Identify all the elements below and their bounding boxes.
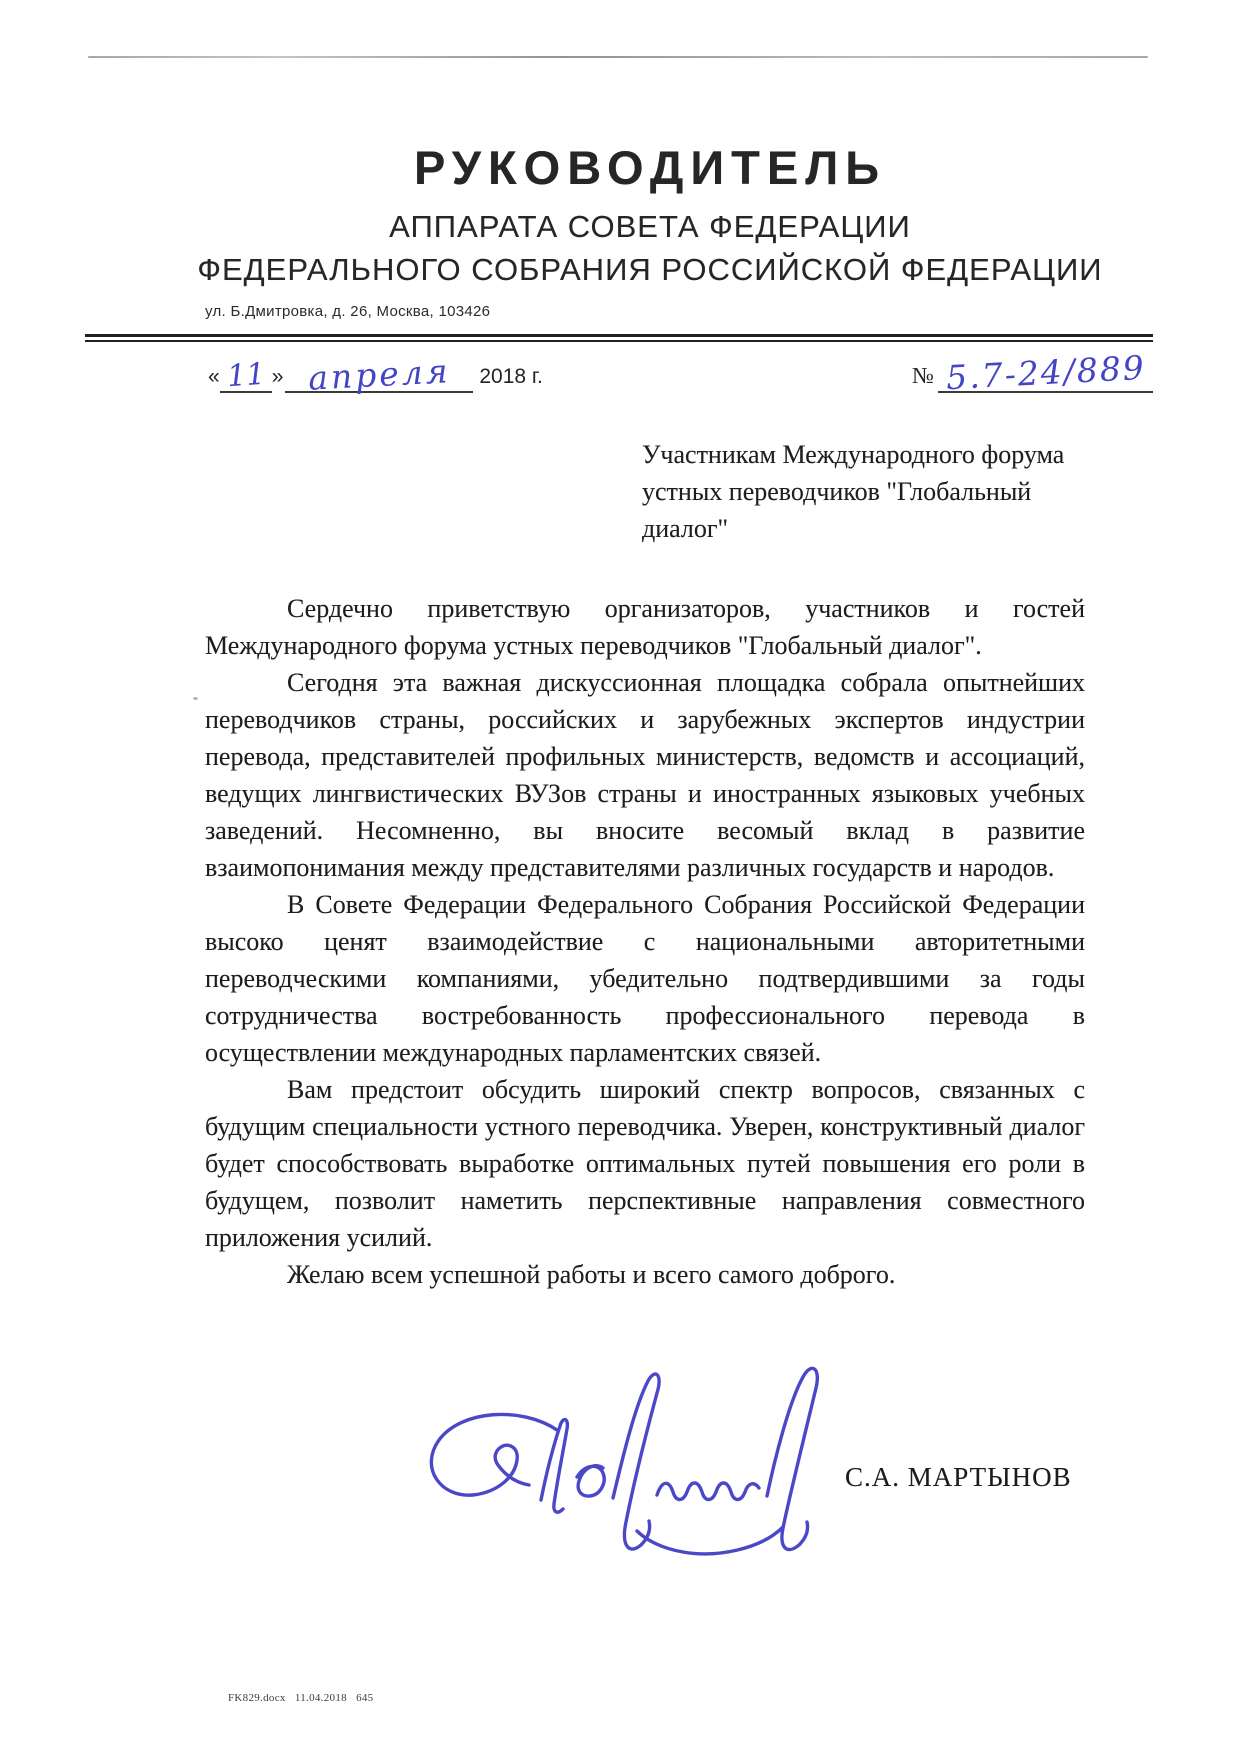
body-paragraph: Сердечно приветствую организаторов, учас… [205,590,1085,664]
number-value-handwritten: 5.7-24/889 [945,348,1147,397]
page-title: РУКОВОДИТЕЛЬ [160,142,1140,194]
date-month-blank: апреля [285,352,473,393]
footer-note: FK829.docx 11.04.2018 645 [228,1692,374,1704]
open-quote: « [208,365,220,388]
date-month-handwritten: апреля [307,351,451,397]
letterhead: РУКОВОДИТЕЛЬ АППАРАТА СОВЕТА ФЕДЕРАЦИИ Ф… [160,142,1140,288]
recipient-line: устных переводчиков "Глобальный [642,473,1102,510]
number-blank: 5.7-24/889 [938,352,1153,393]
scan-artifact-dot [193,697,198,700]
body-paragraph: Сегодня эта важная дискуссионная площадк… [205,664,1085,886]
body-paragraph: Вам предстоит обсудить широкий спектр во… [205,1071,1085,1256]
org-subtitle-line2: ФЕДЕРАЛЬНОГО СОБРАНИЯ РОССИЙСКОЙ ФЕДЕРАЦ… [160,251,1140,288]
date-group: «11»апреля2018 г. [208,352,543,393]
address-line: ул. Б.Дмитровка, д. 26, Москва, 103426 [205,303,490,320]
body-paragraph: В Совете Федерации Федерального Собрания… [205,886,1085,1071]
letter-body: Сердечно приветствую организаторов, учас… [205,590,1085,1293]
date-number-row: «11»апреля2018 г. №5.7-24/889 [208,352,1153,404]
number-label: № [912,363,934,388]
date-day-blank: 11 [220,356,272,393]
date-day-handwritten: 11 [226,357,267,395]
date-year: 2018 г. [479,365,542,388]
close-quote: » [272,365,284,388]
recipient-block: Участникам Международного форума устных … [642,436,1102,547]
signature-icon [405,1350,850,1585]
number-group: №5.7-24/889 [912,352,1153,393]
scan-artifact-line [88,56,1148,58]
org-subtitle-line1: АППАРАТА СОВЕТА ФЕДЕРАЦИИ [160,208,1140,245]
recipient-line: диалог" [642,510,1102,547]
signer-name: С.А. МАРТЫНОВ [845,1462,1072,1493]
recipient-line: Участникам Международного форума [642,436,1102,473]
letter-page: РУКОВОДИТЕЛЬ АППАРАТА СОВЕТА ФЕДЕРАЦИИ Ф… [0,0,1239,1752]
body-paragraph: Желаю всем успешной работы и всего самог… [205,1256,1085,1293]
divider-double-rule [85,334,1153,342]
